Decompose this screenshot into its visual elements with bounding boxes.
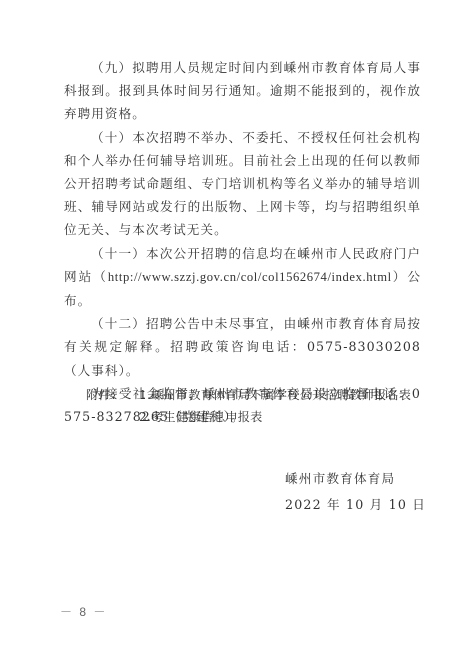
- signature-organization: 嵊州市教育体育局: [285, 466, 426, 492]
- paragraph-12: （十二）招聘公告中未尽事宜，由嵊州市教育体育局按有关规定解释。招聘政策咨询电话：…: [64, 312, 421, 382]
- paragraph-9: （九）拟聘用人员规定时间内到嵊州市教育体育局人事科报到。报到具体时间另行通知。逾…: [64, 56, 421, 126]
- document-body: （九）拟聘用人员规定时间内到嵊州市教育体育局人事科报到。报到具体时间另行通知。逾…: [64, 56, 421, 428]
- signature-date: 2022 年 10 月 10 日: [285, 492, 426, 518]
- signature-block: 嵊州市教育体育局 2022 年 10 月 10 日: [285, 466, 426, 518]
- attachment-item-1: 1.嵊州市教育体育局下属学校公开招聘教师报名表: [139, 384, 411, 406]
- document-page: （九）拟聘用人员规定时间内到嵊州市教育体育局人事科报到。报到具体时间另行通知。逾…: [0, 0, 474, 671]
- attachment-row-2: 2.考生健康信息申报表: [86, 406, 411, 428]
- attachment-item-2: 2.考生健康信息申报表: [139, 406, 263, 428]
- paragraph-10: （十）本次招聘不举办、不委托、不授权任何社会机构和个人举办任何辅导培训班。目前社…: [64, 126, 421, 242]
- attachment-indent: [86, 406, 139, 428]
- paragraph-11: （十一）本次公开招聘的信息均在嵊州市人民政府门户网站（http://www.sz…: [64, 242, 421, 313]
- page-number: － 8 －: [60, 603, 107, 620]
- attachments-section: 附件： 1.嵊州市教育体育局下属学校公开招聘教师报名表 2.考生健康信息申报表: [86, 384, 411, 428]
- attachments-label: 附件：: [86, 384, 139, 406]
- government-portal-url[interactable]: http://www.szzj.gov.cn/col/col1562674/in…: [108, 270, 392, 284]
- attachment-row-1: 附件： 1.嵊州市教育体育局下属学校公开招聘教师报名表: [86, 384, 411, 406]
